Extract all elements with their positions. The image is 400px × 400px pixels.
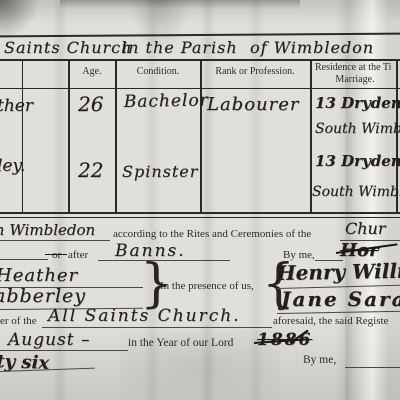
row1-residence-line2: South Wimble <box>315 121 400 137</box>
bottom-by-me-underline <box>345 367 400 368</box>
row2-age: 22 <box>78 158 103 182</box>
column-header-residence-line1: Residence at the Ti <box>315 62 391 73</box>
register-printed-left: er of the <box>0 315 37 327</box>
strike-mark <box>45 254 67 255</box>
ceremony-place-handwritten: h Wimbledon <box>0 221 95 239</box>
banns-left-underline <box>0 259 48 260</box>
table-vline <box>22 59 23 213</box>
row2-residence-line1: 13 Dryden <box>315 152 400 170</box>
table-vline <box>68 59 70 213</box>
row2-name-fragment: ley. <box>0 156 25 176</box>
crease-shadow <box>60 0 300 9</box>
handwritten-parish-text: in the Parish <box>122 38 238 57</box>
ceremony-printed-text: according to the Rites and Ceremonies of… <box>113 228 311 240</box>
ceremony-place-underline <box>0 240 110 241</box>
struck-or-word: or <box>52 249 61 261</box>
table-vline <box>200 59 202 213</box>
top-rule <box>0 33 400 38</box>
presence-of-us-label: In the presence of us, <box>160 280 254 292</box>
month-handwritten: August – <box>8 330 91 350</box>
row1-rank: Labourer <box>207 94 300 115</box>
witness-left-signature-1: Heather <box>0 265 78 286</box>
column-header-rank: Rank or Profession. <box>200 66 310 77</box>
bottom-by-me-label: By me, <box>303 354 336 366</box>
column-header-residence-line2: Marriage. <box>312 74 398 85</box>
column-header-age: Age. <box>68 66 116 77</box>
handwritten-parish-name: of Wimbledon <box>250 38 374 57</box>
marriage-certificate-scan: Saints Church in the Parish of Wimbledon… <box>0 0 400 400</box>
after-word: after <box>68 249 88 261</box>
table-vline <box>115 59 117 213</box>
witness-right-signature-2: Jane Sarah <box>281 287 400 311</box>
row1-condition: Bachelor <box>124 91 209 112</box>
column-header-condition: Condition. <box>115 66 201 77</box>
year-of-our-lord-label: in the Year of our Lord <box>128 337 233 349</box>
row2-residence-line2: South Wimbl <box>312 184 400 200</box>
handwritten-church-name: Saints Church <box>4 38 132 57</box>
row1-age: 26 <box>78 92 103 116</box>
witness-right-underline-2 <box>277 311 400 314</box>
witness-right-signature-1: Henry Willia <box>277 259 400 285</box>
register-church-handwritten: All Saints Church. <box>48 306 241 326</box>
table-bottom-rule-2 <box>0 217 400 218</box>
row1-residence-line1: 13 Dryden R <box>315 94 400 112</box>
register-church-underline <box>42 327 272 328</box>
witness-left-signature-2: abberley <box>0 285 86 307</box>
ceremony-church-handwritten: Chur <box>345 219 386 238</box>
row1-name-fragment: ther <box>0 96 33 116</box>
register-printed-right: aforesaid, the said Registe <box>273 315 388 327</box>
row2-condition: Spinster <box>122 162 198 181</box>
